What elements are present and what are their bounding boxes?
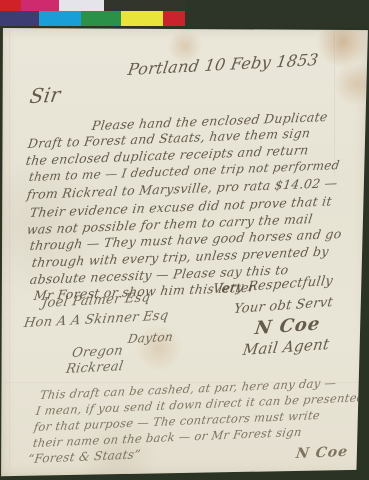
calibration-swatch-cyan xyxy=(39,11,81,26)
calibration-row-bottom xyxy=(0,11,185,26)
color-calibration-bar xyxy=(0,0,369,27)
fold-crease-left xyxy=(9,30,11,470)
fold-crease-right xyxy=(334,28,336,178)
address-line: Hon A A Skinner Esq xyxy=(23,308,170,331)
salutation: Sir xyxy=(28,82,62,108)
calibration-swatch-navy xyxy=(0,11,39,26)
calibration-swatch-yellow xyxy=(121,11,163,26)
postscript-line: “Forest & Staats” xyxy=(27,447,142,466)
calibration-swatch-magenta xyxy=(21,0,59,11)
address-line: Dayton xyxy=(127,330,174,346)
calibration-swatch-dark-olive xyxy=(104,0,185,11)
calibration-swatch-green xyxy=(81,11,121,26)
dateline: Portland 10 Feby 1853 xyxy=(126,50,319,79)
letter-paper: Portland 10 Feby 1853 Sir Please hand th… xyxy=(0,26,369,478)
calibration-row-top xyxy=(0,0,185,11)
scanned-letter-screenshot: Portland 10 Feby 1853 Sir Please hand th… xyxy=(0,0,369,480)
calibration-swatch-white xyxy=(59,0,104,11)
address-line: Rickreal xyxy=(65,359,125,377)
postscript-signature: N Coe xyxy=(295,444,349,462)
calibration-swatch-red2 xyxy=(163,11,185,26)
calibration-swatch-red xyxy=(0,0,21,11)
